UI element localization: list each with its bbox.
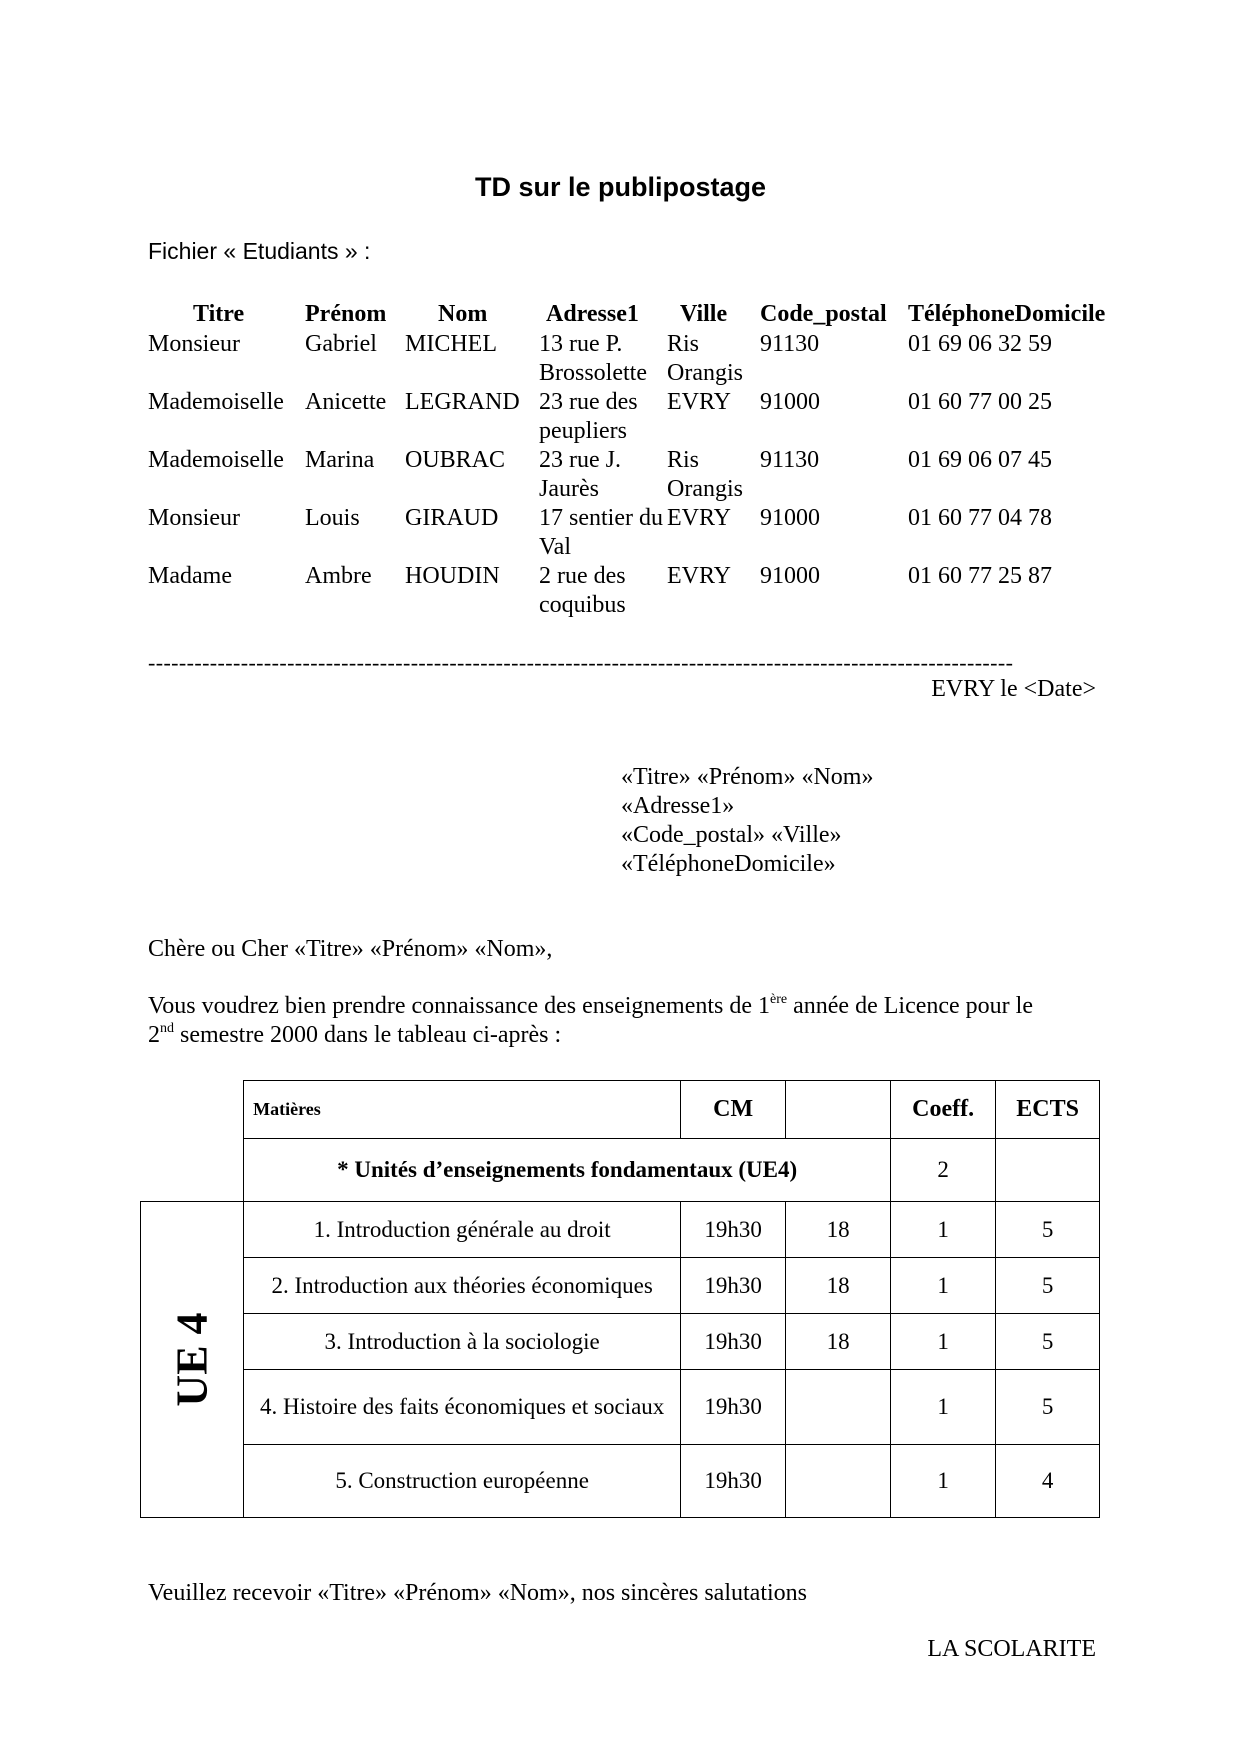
superscript: nd — [160, 1021, 174, 1036]
header-adresse1: Adresse1 — [546, 300, 676, 329]
cell-cm: 19h30 — [681, 1445, 786, 1518]
cell-adresse1: 2 rue des coquibus — [539, 562, 669, 620]
cell-telephone: 01 60 77 04 78 — [908, 504, 1052, 533]
table-row: 5. Construction européenne 19h30 1 4 — [141, 1445, 1100, 1518]
cell-coeff: 1 — [891, 1314, 996, 1370]
cell-prenom: Gabriel — [305, 330, 377, 359]
cell-cm: 19h30 — [681, 1314, 786, 1370]
cell-ects: 5 — [996, 1202, 1100, 1258]
cell-nom: LEGRAND — [405, 388, 520, 417]
ue-side-label-cell: UE 4 — [141, 1202, 244, 1518]
cell-code-postal: 91130 — [760, 446, 819, 475]
cell-nom: GIRAUD — [405, 504, 498, 533]
courses-header-row: Matières CM Coeff. ECTS — [141, 1081, 1100, 1139]
cell-titre: Madame — [148, 562, 232, 591]
cell-titre: Monsieur — [148, 330, 240, 359]
courses-table: Matières CM Coeff. ECTS * Unités d’ensei… — [140, 1080, 1100, 1518]
cell-nom: OUBRAC — [405, 446, 505, 475]
cell-matiere: 2. Introduction aux théories économiques — [244, 1258, 681, 1314]
header-prenom: Prénom — [305, 300, 386, 329]
cell-ects: 5 — [996, 1370, 1100, 1445]
ue-group-row: * Unités d’enseignements fondamentaux (U… — [141, 1139, 1100, 1202]
cell-cm: 19h30 — [681, 1258, 786, 1314]
cell-matiere: 1. Introduction générale au droit — [244, 1202, 681, 1258]
cell-coeff: 1 — [891, 1258, 996, 1314]
cell-coeff: 1 — [891, 1445, 996, 1518]
header-titre: Titre — [193, 300, 244, 329]
cell-adresse1: 13 rue P. Brossolette — [539, 330, 669, 388]
header-blank — [786, 1081, 891, 1139]
cell-ects: 5 — [996, 1314, 1100, 1370]
file-label: Fichier « Etudiants » : — [148, 238, 370, 265]
address-line: «TéléphoneDomicile» — [621, 850, 873, 879]
cell-ville: EVRY — [667, 388, 757, 417]
cell-td: 18 — [786, 1202, 891, 1258]
table-row: UE 4 1. Introduction générale au droit 1… — [141, 1202, 1100, 1258]
cell-ville: EVRY — [667, 504, 757, 533]
intro-text: semestre 2000 dans le tableau ci-après : — [174, 1022, 561, 1048]
superscript: ère — [770, 992, 787, 1007]
cell-td — [786, 1370, 891, 1445]
header-ville: Ville — [680, 300, 770, 329]
cell-td: 18 — [786, 1258, 891, 1314]
cell-code-postal: 91000 — [760, 504, 820, 533]
ue-side-label: UE 4 — [167, 1312, 218, 1406]
cell-ects: 5 — [996, 1258, 1100, 1314]
separator-line: ----------------------------------------… — [148, 650, 1093, 676]
header-nom: Nom — [438, 300, 487, 329]
address-block: «Titre» «Prénom» «Nom» «Adresse1» «Code_… — [621, 763, 873, 879]
cell-adresse1: 23 rue J. Jaurès — [539, 446, 669, 504]
cell-telephone: 01 60 77 00 25 — [908, 388, 1052, 417]
cell-cm: 19h30 — [681, 1202, 786, 1258]
cell-ville: EVRY — [667, 562, 757, 591]
intro-text: 2 — [148, 1022, 160, 1048]
closing-line: Veuillez recevoir «Titre» «Prénom» «Nom»… — [148, 1580, 807, 1607]
cell-code-postal: 91000 — [760, 388, 820, 417]
intro-text: Vous voudrez bien prendre connaissance d… — [148, 993, 770, 1019]
ue-group-title: * Unités d’enseignements fondamentaux (U… — [244, 1139, 891, 1202]
cell-prenom: Louis — [305, 504, 360, 533]
cell-coeff: 1 — [891, 1370, 996, 1445]
cell-coeff: 1 — [891, 1202, 996, 1258]
cell-titre: Mademoiselle — [148, 388, 284, 417]
cell-adresse1: 23 rue des peupliers — [539, 388, 669, 446]
cell-td: 18 — [786, 1314, 891, 1370]
signature: LA SCOLARITE — [927, 1636, 1096, 1663]
empty-corner — [141, 1139, 244, 1202]
cell-matiere: 3. Introduction à la sociologie — [244, 1314, 681, 1370]
address-line: «Titre» «Prénom» «Nom» — [621, 763, 873, 792]
cell-ville: Ris Orangis — [667, 446, 757, 504]
address-line: «Code_postal» «Ville» — [621, 821, 873, 850]
date-line: EVRY le <Date> — [931, 676, 1096, 703]
cell-ville: Ris Orangis — [667, 330, 757, 388]
cell-code-postal: 91000 — [760, 562, 820, 591]
cell-adresse1: 17 sentier du Val — [539, 504, 669, 562]
table-row: 4. Histoire des faits économiques et soc… — [141, 1370, 1100, 1445]
ue-group-coeff: 2 — [891, 1139, 996, 1202]
cell-cm: 19h30 — [681, 1370, 786, 1445]
cell-td — [786, 1445, 891, 1518]
cell-code-postal: 91130 — [760, 330, 819, 359]
page-title: TD sur le publipostage — [0, 172, 1241, 203]
table-row: 2. Introduction aux théories économiques… — [141, 1258, 1100, 1314]
intro-paragraph: Vous voudrez bien prendre connaissance d… — [148, 992, 1108, 1050]
cell-matiere: 4. Histoire des faits économiques et soc… — [244, 1370, 681, 1445]
greeting: Chère ou Cher «Titre» «Prénom» «Nom», — [148, 936, 552, 963]
header-ects: ECTS — [996, 1081, 1100, 1139]
cell-matiere: 5. Construction européenne — [244, 1445, 681, 1518]
header-matieres: Matières — [244, 1081, 681, 1139]
cell-prenom: Marina — [305, 446, 374, 475]
address-line: «Adresse1» — [621, 792, 873, 821]
header-telephone: TéléphoneDomicile — [908, 300, 1105, 329]
empty-corner — [141, 1081, 244, 1139]
cell-telephone: 01 69 06 07 45 — [908, 446, 1052, 475]
cell-prenom: Ambre — [305, 562, 372, 591]
header-cm: CM — [681, 1081, 786, 1139]
cell-nom: HOUDIN — [405, 562, 500, 591]
cell-titre: Monsieur — [148, 504, 240, 533]
header-coeff: Coeff. — [891, 1081, 996, 1139]
intro-text: année de Licence pour le — [787, 993, 1033, 1019]
cell-ects: 4 — [996, 1445, 1100, 1518]
header-code-postal: Code_postal — [760, 300, 887, 329]
cell-nom: MICHEL — [405, 330, 497, 359]
ue-group-ects — [996, 1139, 1100, 1202]
cell-telephone: 01 69 06 32 59 — [908, 330, 1052, 359]
table-row: 3. Introduction à la sociologie 19h30 18… — [141, 1314, 1100, 1370]
cell-telephone: 01 60 77 25 87 — [908, 562, 1052, 591]
cell-titre: Mademoiselle — [148, 446, 284, 475]
cell-prenom: Anicette — [305, 388, 386, 417]
